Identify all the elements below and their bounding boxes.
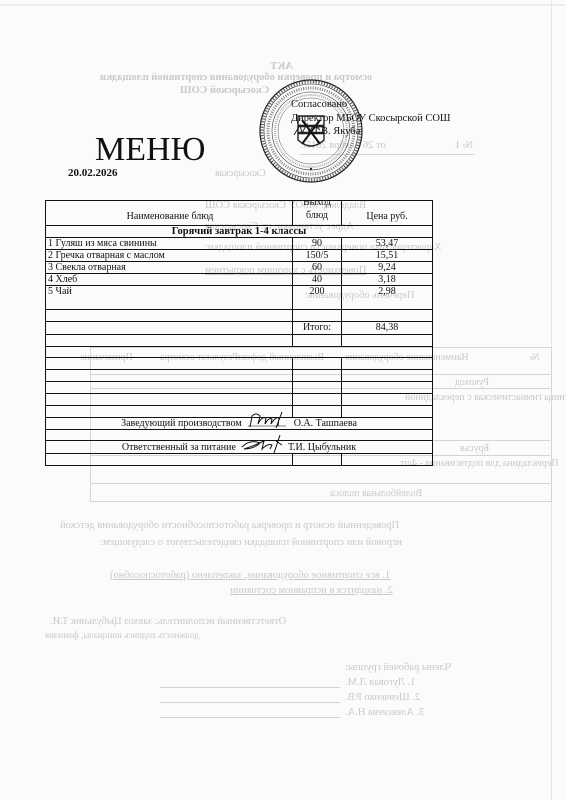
dish-price: 15,51 (341, 250, 432, 261)
table-row-empty (46, 370, 432, 382)
signature-cell: Заведующий производством О.А. Ташпаева (46, 418, 432, 429)
ghost-line: игровой или спортивной площадки свидетел… (100, 537, 402, 548)
signature-cell: Ответственный за питание Т.И. Цыбульник (46, 441, 432, 453)
table-row: 5 Чай2002,98 (46, 286, 432, 298)
ghost-line: 1. Луговая Л.М. (345, 677, 416, 688)
dish-yield: 40 (292, 274, 341, 285)
table-row-empty (46, 347, 432, 358)
table-row-empty (46, 358, 432, 370)
signature-role: Заведующий производством (121, 418, 242, 429)
ghost-heading: АКТ (270, 60, 293, 72)
ghost-line: должность подпись инициалы, фамилия (45, 630, 199, 640)
header-yield-line2: блюд (306, 209, 328, 222)
section-row: Горячий завтрак 1-4 классы (46, 226, 432, 238)
dish-name: 4 Хлеб (46, 274, 292, 285)
dish-yield: 60 (292, 262, 341, 273)
header-yield-line1: Выход (303, 201, 331, 209)
ghost-cell: Волейбольная полоса (330, 488, 422, 499)
dish-name: 3 Свекла отварная (46, 262, 292, 273)
dish-name: 2 Гречка отварная с маслом (46, 250, 292, 261)
approval-label: Согласовано (291, 99, 347, 110)
dish-name: 1 Гуляш из мяса свинины (46, 238, 292, 249)
signature-role: Ответственный за питание (122, 442, 236, 453)
header-yield: Выход блюд (292, 201, 341, 225)
total-row: Итого: 84,38 (46, 322, 432, 335)
dish-price: 2,98 (341, 286, 432, 298)
ghost-line: 1. все спортивное оборудование, закрепле… (110, 570, 390, 581)
menu-date: 20.02.2026 (68, 167, 118, 179)
dish-yield: 150/5 (292, 250, 341, 261)
header-name: Наименование блюд (46, 201, 292, 225)
ghost-cell: Рукоход (455, 377, 489, 388)
table-row: 2 Гречка отварная с маслом150/515,51 (46, 250, 432, 262)
signature-scribble-icon (240, 435, 284, 453)
signature-row: Ответственный за питание Т.И. Цыбульник (46, 441, 432, 454)
ghost-line: Проведенный осмотр и проверка работоспос… (60, 520, 399, 531)
ghost-line: Члены рабочей группы: (345, 662, 451, 673)
signature-scribble-icon (246, 410, 290, 428)
ghost-cell: № (530, 352, 540, 363)
signature-row: Заведующий производством О.А. Ташпаева (46, 418, 432, 430)
table-row: 1 Гуляш из мяса свинины9053,47 (46, 238, 432, 250)
ghost-cell: Брусья (460, 443, 489, 454)
ghost-line: 2. Шевченко Р.В. (345, 692, 420, 703)
signature-name: Т.И. Цыбульник (288, 442, 356, 453)
director-signature-icon (292, 121, 322, 137)
dish-price: 3,18 (341, 274, 432, 285)
table-header-row: Наименование блюд Выход блюд Цена руб. (46, 201, 432, 226)
scanned-page: АКТ осмотра и проверки оборудования спор… (0, 0, 566, 800)
total-label: Итого: (292, 322, 341, 334)
dish-price: 9,24 (341, 262, 432, 273)
table-row: 4 Хлеб403,18 (46, 274, 432, 286)
ghost-line: Скосырской СОШ (180, 85, 269, 96)
table-row-empty (46, 298, 432, 310)
menu-table: Наименование блюд Выход блюд Цена руб. Г… (45, 200, 433, 466)
ghost-line: 3. Алексеева Н.А. (345, 707, 424, 718)
total-value: 84,38 (341, 322, 432, 334)
header-price: Цена руб. (341, 201, 432, 225)
header-price-text: Цена руб. (366, 211, 407, 222)
ghost-line: 2. находится в исправном состоянии (230, 585, 393, 596)
table-row-empty (46, 406, 432, 418)
table-row-empty (46, 310, 432, 322)
dish-yield: 200 (292, 286, 341, 298)
ghost-rule (90, 483, 550, 484)
ghost-line: № 1 (455, 140, 473, 151)
menu-rows: 1 Гуляш из мяса свинины9053,472 Гречка о… (46, 238, 432, 298)
signature-name: О.А. Ташпаева (294, 418, 357, 429)
dish-price: 53,47 (341, 238, 432, 249)
ghost-rule (160, 687, 340, 688)
table-row-empty (46, 394, 432, 406)
page-title: МЕНЮ (95, 131, 206, 169)
scan-edge (0, 4, 566, 6)
dish-yield: 90 (292, 238, 341, 249)
ghost-line: Ответственный исполнитель: завхоз Цыбуль… (50, 616, 286, 627)
ghost-rule (160, 702, 340, 703)
ghost-rule (160, 717, 340, 718)
table-row-empty (46, 454, 432, 465)
dish-name: 5 Чай (46, 286, 292, 298)
table-row: 3 Свекла отварная609,24 (46, 262, 432, 274)
section-title: Горячий завтрак 1-4 классы (46, 226, 432, 237)
header-name-text: Наименование блюд (127, 211, 214, 222)
table-row-empty (46, 382, 432, 394)
table-row-empty (46, 335, 432, 347)
